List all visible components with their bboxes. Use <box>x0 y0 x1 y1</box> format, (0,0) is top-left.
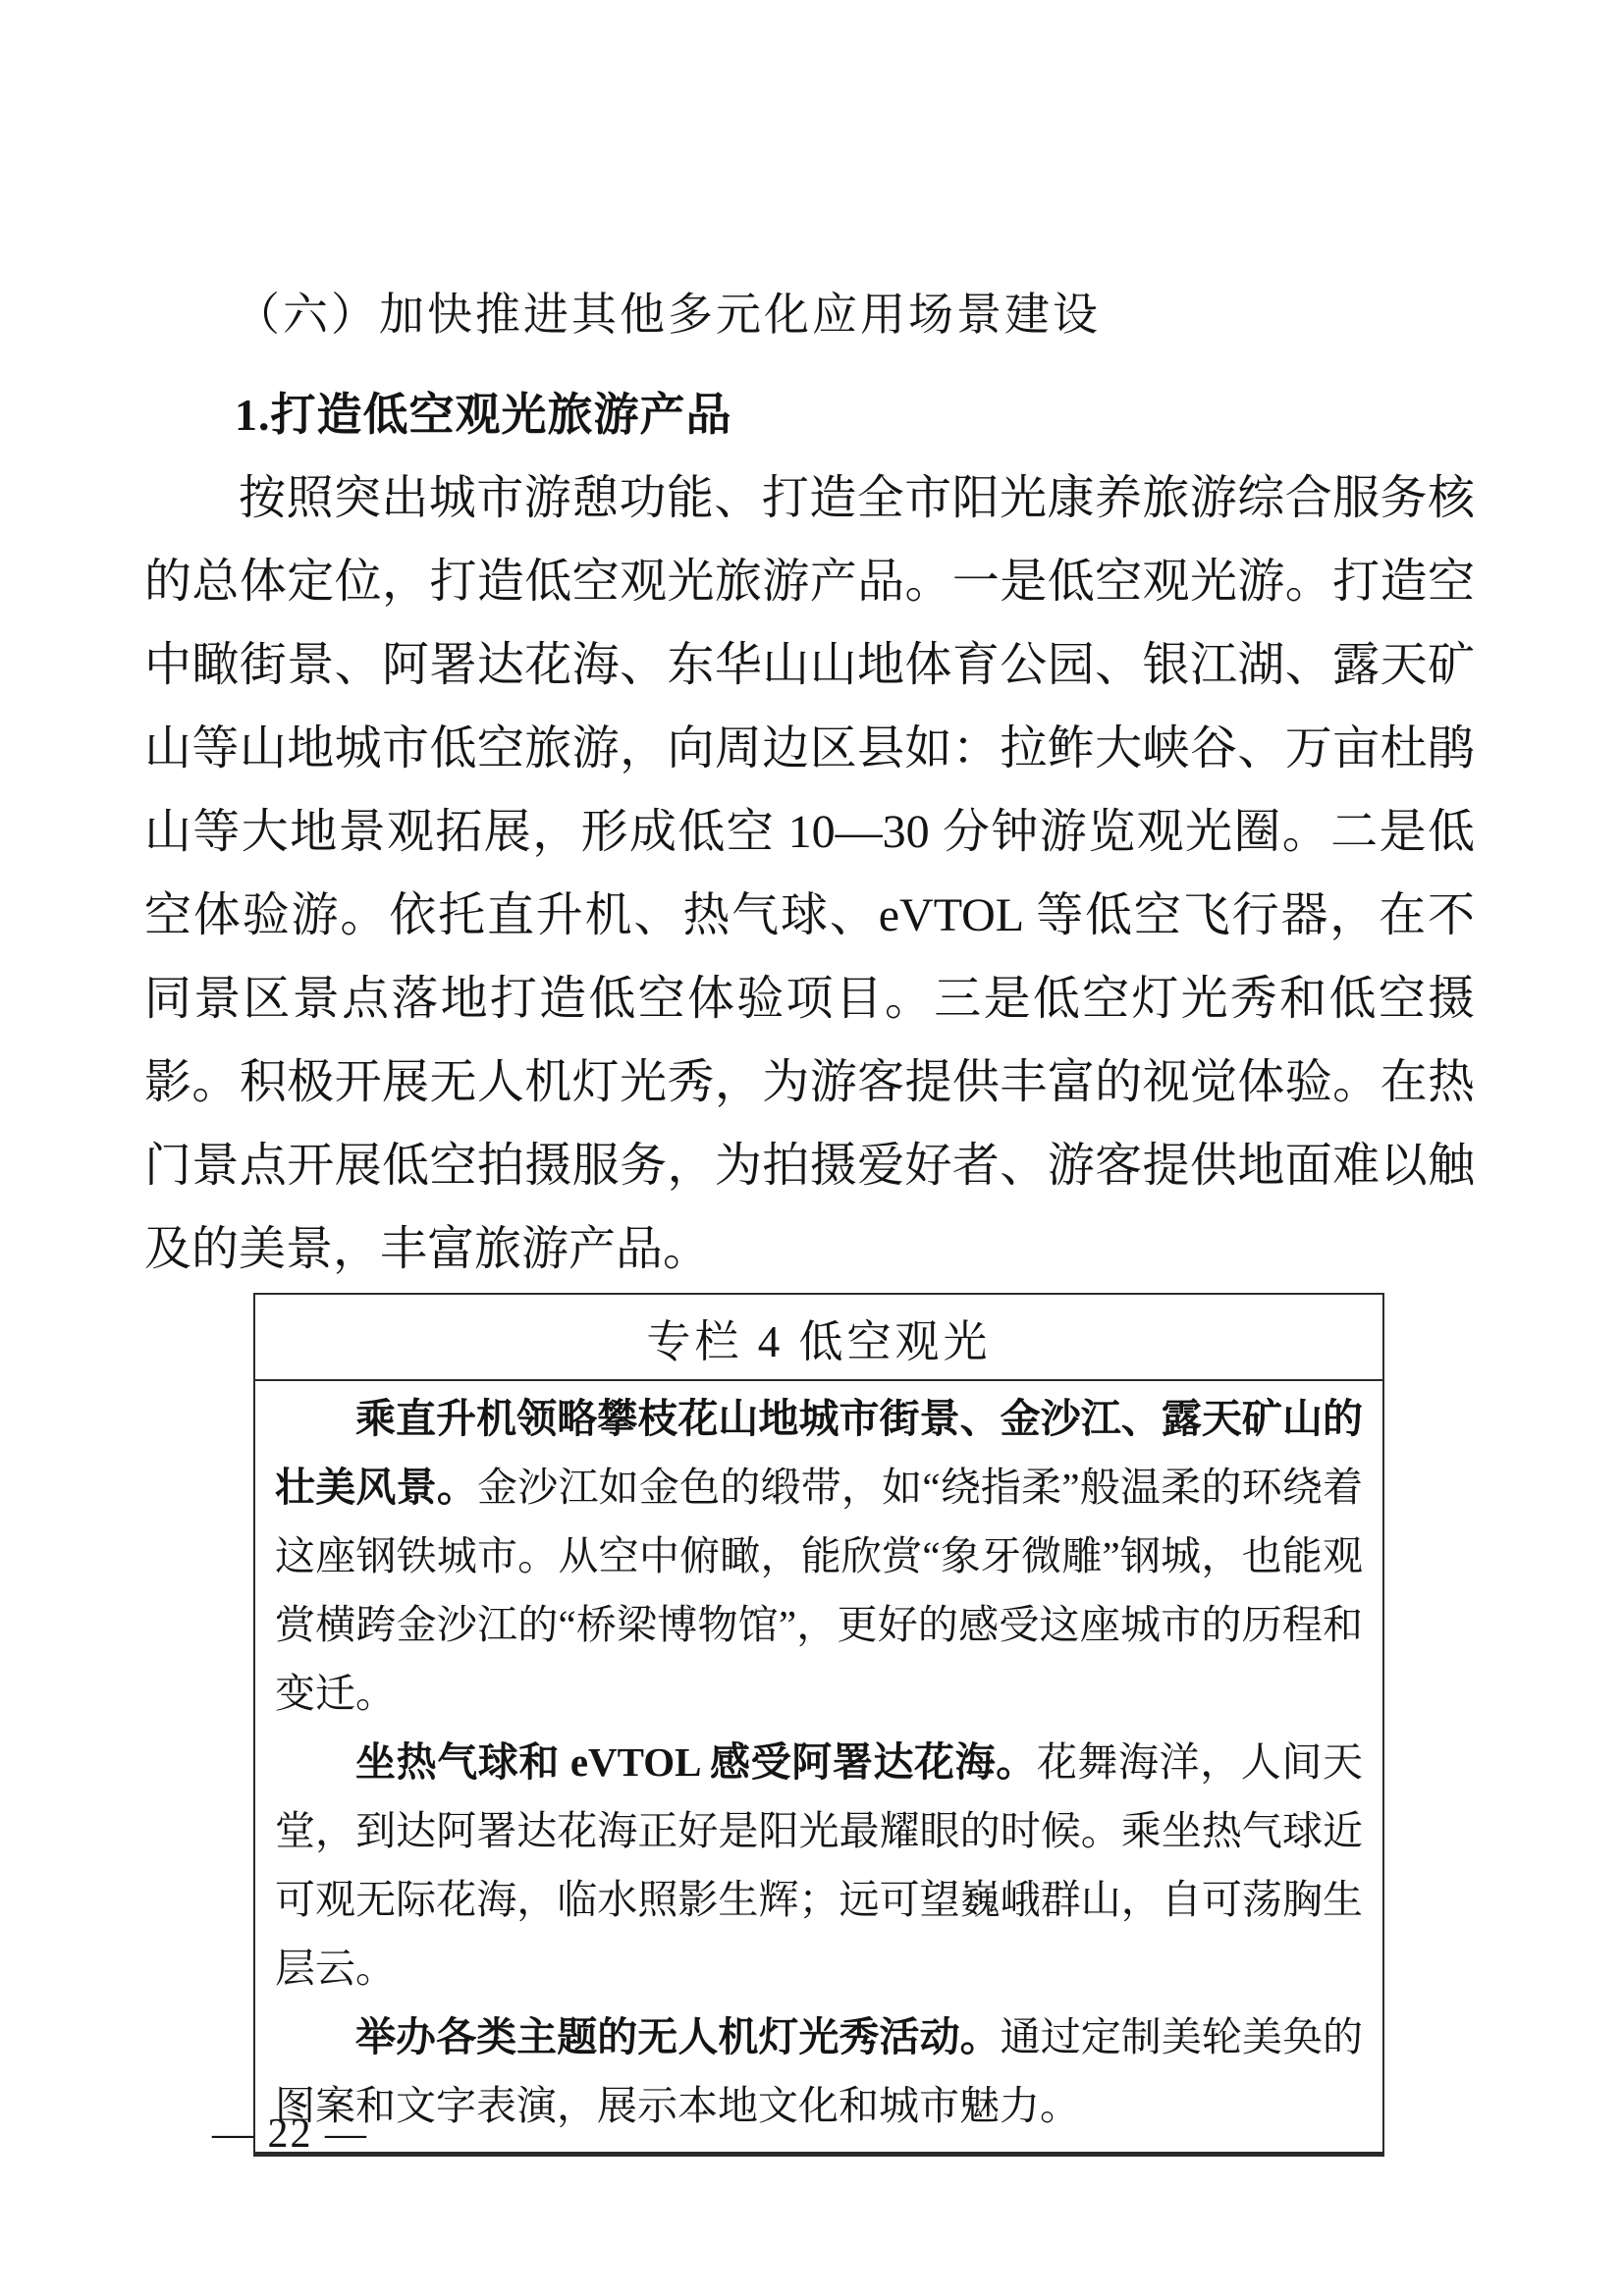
body-paragraph: 按照突出城市游憩功能、打造全市阳光康养旅游综合服务核的总体定位，打造低空观光旅游… <box>144 456 1475 1291</box>
section-heading: （六）加快推进其他多元化应用场景建设 <box>144 273 1475 356</box>
callout-box-title: 专栏 4 低空观光 <box>646 1306 991 1369</box>
callout-paragraph: 乘直升机领略攀枝花山地城市街景、金沙江、露天矿山的壮美风景。金沙江如金色的缎带，… <box>275 1384 1363 1728</box>
document-content: （六）加快推进其他多元化应用场景建设 1.打造低空观光旅游产品 按照突出城市游憩… <box>144 273 1475 1291</box>
callout-paragraph-lead: 坐热气球和 eVTOL 感受阿署达花海。 <box>355 1739 1037 1785</box>
callout-box-body: 乘直升机领略攀枝花山地城市街景、金沙江、露天矿山的壮美风景。金沙江如金色的缎带，… <box>255 1381 1382 2152</box>
callout-box: 专栏 4 低空观光 乘直升机领略攀枝花山地城市街景、金沙江、露天矿山的壮美风景。… <box>253 1293 1384 2157</box>
callout-title-row: 专栏 4 低空观光 <box>255 1295 1382 1381</box>
callout-paragraph: 举办各类主题的无人机灯光秀活动。通过定制美轮美奂的图案和文字表演，展示本地文化和… <box>275 2002 1363 2140</box>
subsection-heading: 1.打造低空观光旅游产品 <box>144 373 1475 456</box>
page-number: — 22 — <box>212 2110 368 2158</box>
document-page: { "headings": { "section": "（六）加快推进其他多元化… <box>0 0 1624 2296</box>
callout-paragraph: 坐热气球和 eVTOL 感受阿署达花海。花舞海洋，人间天堂，到达阿署达花海正好是… <box>275 1728 1363 2002</box>
callout-paragraph-lead: 举办各类主题的无人机灯光秀活动。 <box>355 2014 1001 2059</box>
